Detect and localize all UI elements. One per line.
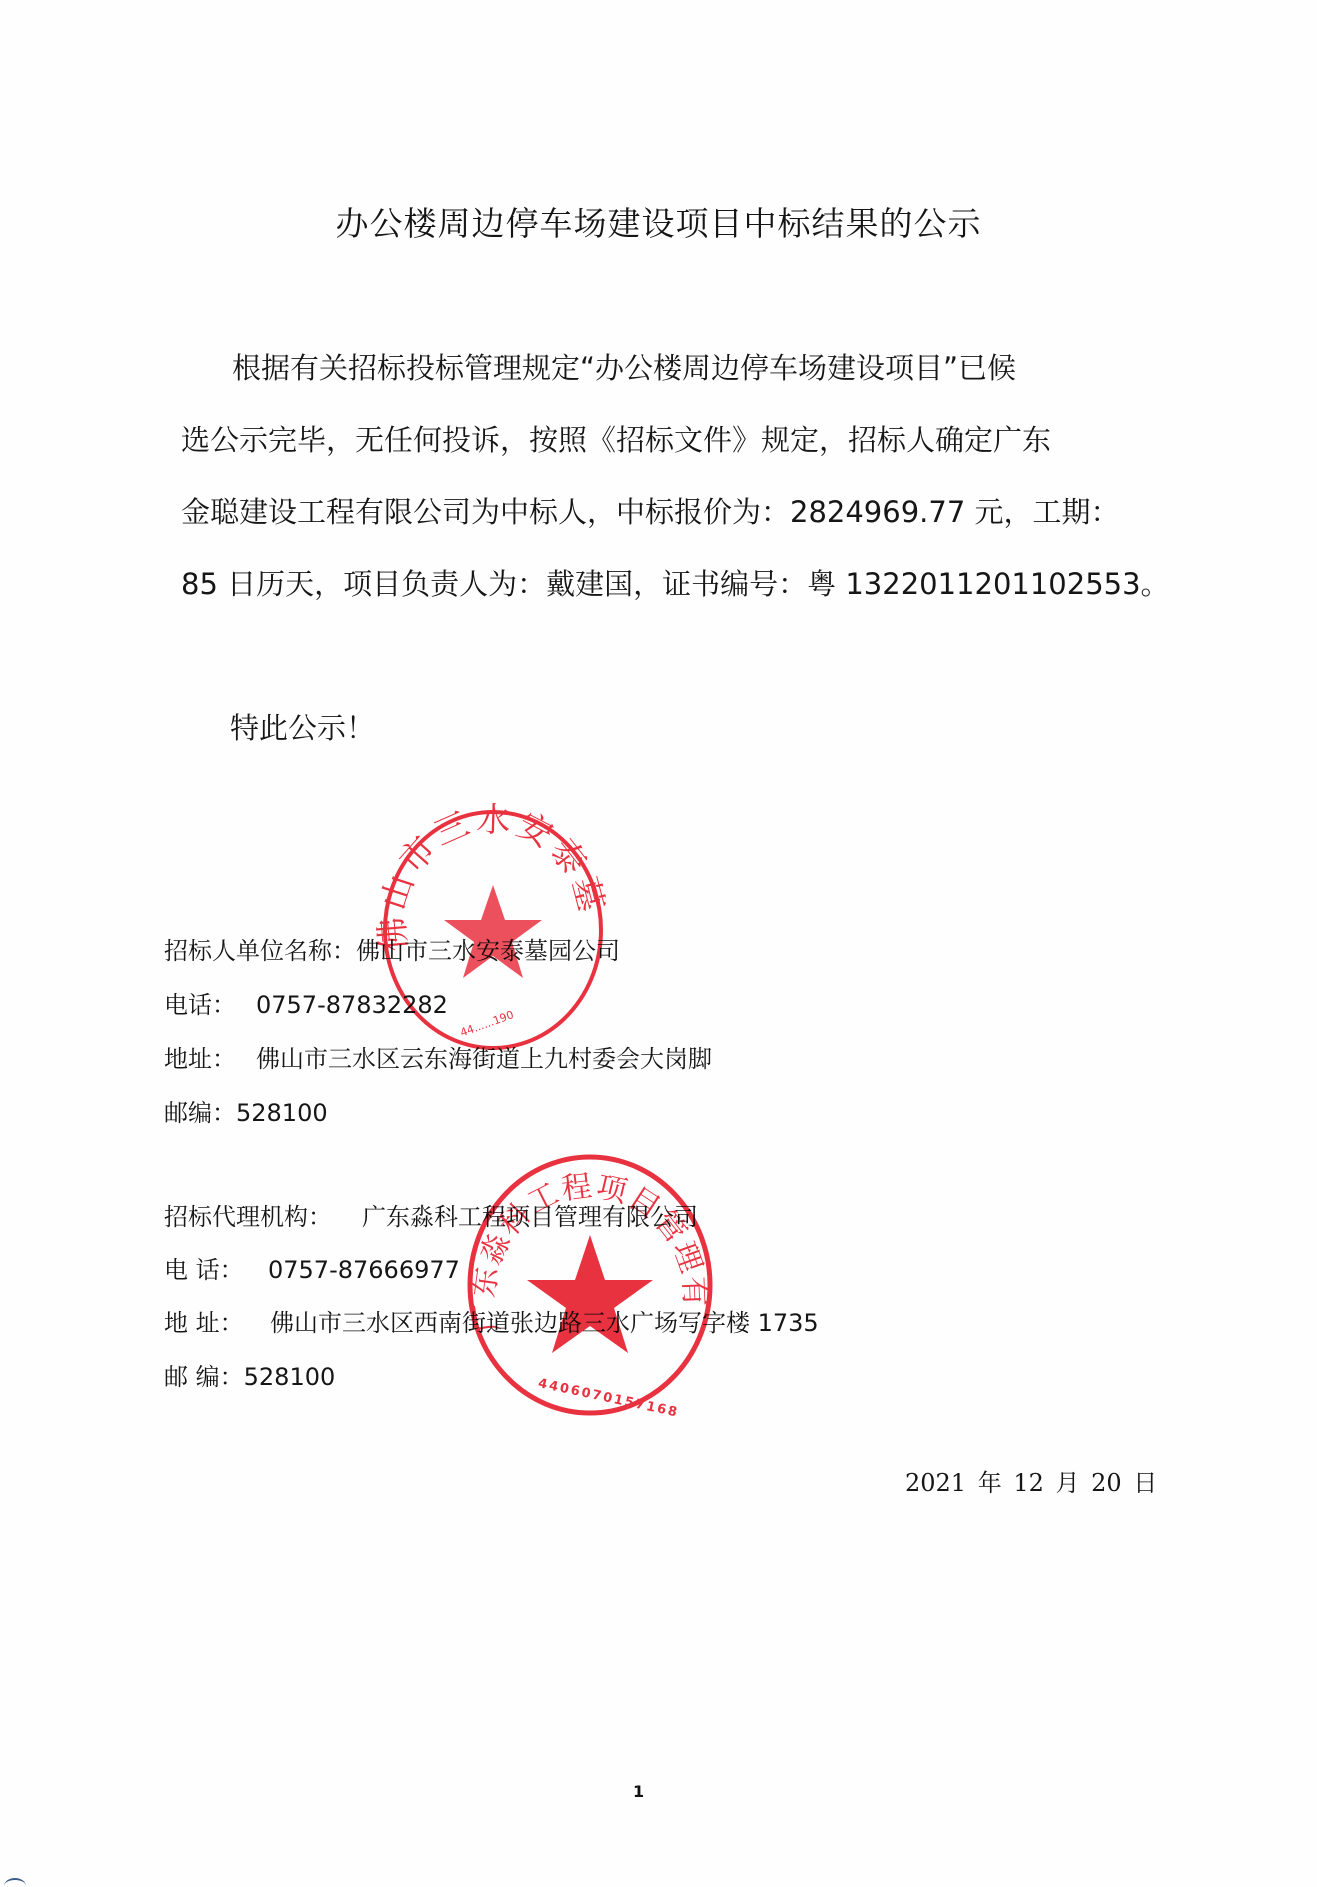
tenderer-phone: 0757-87832282 [256,991,448,1019]
tenderer-postcode-row: 邮编：528100 [164,1093,328,1128]
tenderer-postcode-label: 邮编： [164,1093,236,1128]
document-page: 办公楼周边停车场建设项目中标结果的公示 根据有关招标投标管理规定“办公楼周边停车… [0,0,1317,1887]
agency-seal-code: 4406070157168 [537,1376,681,1420]
page-number: 1 [633,1782,644,1801]
agency-name-row: 招标代理机构：广东淼科工程项目管理有限公司 [164,1197,698,1232]
tenderer-seal-code: 44......190 [458,1008,515,1039]
tenderer-phone-row: 电话：0757-87832282 [164,985,448,1020]
agency-name-label: 招标代理机构： [164,1197,362,1232]
body-line-3: 金聪建设工程有限公司为中标人，中标报价为：2824969.77 元，工期： [181,490,1141,531]
agency-phone-row: 电 话：0757-87666977 [164,1250,460,1285]
tenderer-phone-label: 电话： [164,985,256,1020]
agency-name: 广东淼科工程项目管理有限公司 [362,1197,698,1232]
agency-postcode-row: 邮 编：528100 [164,1357,335,1392]
tenderer-address-label: 地址： [164,1039,256,1074]
agency-address: 佛山市三水区西南街道张边路三水广场写字楼 1735 [270,1303,819,1338]
tenderer-name: 佛山市三水安泰墓园公司 [356,931,620,966]
document-date: 2021 年 12 月 20 日 [905,1463,1157,1498]
document-title: 办公楼周边停车场建设项目中标结果的公示 [0,198,1317,245]
body-line-2: 选公示完毕，无任何投诉，按照《招标文件》规定，招标人确定广东 [181,418,1141,459]
agency-address-label: 地 址： [164,1303,270,1338]
agency-postcode-label: 邮 编： [164,1357,244,1392]
tenderer-name-label: 招标人单位名称： [164,931,356,966]
agency-phone-label: 电 话： [164,1250,268,1285]
tenderer-seal-text: 佛山市三水安泰墓园公司 [368,800,612,953]
tenderer-address-row: 地址：佛山市三水区云东海街道上九村委会大岗脚 [164,1039,712,1074]
body-line-4: 85 日历天，项目负责人为：戴建国，证书编号：粤 132201120110255… [181,562,1141,603]
agency-postcode: 528100 [244,1363,336,1391]
body-line-1: 根据有关招标投标管理规定“办公楼周边停车场建设项目”已候 [232,346,1144,387]
agency-address-row: 地 址：佛山市三水区西南街道张边路三水广场写字楼 1735 [164,1303,819,1338]
agency-seal-icon: 广东淼科工程项目管理有限公司 4406070157168 [455,1140,725,1420]
closing-statement: 特此公示！ [230,706,375,747]
svg-text:佛山市三水安泰墓园公司: 佛山市三水安泰墓园公司 [368,800,612,953]
tenderer-seal-icon: 佛山市三水安泰墓园公司 44......190 [368,800,618,1060]
tenderer-postcode: 528100 [236,1099,328,1127]
tenderer-name-row: 招标人单位名称：佛山市三水安泰墓园公司 [164,931,620,966]
scan-corner-mark [4,1878,26,1887]
tenderer-address: 佛山市三水区云东海街道上九村委会大岗脚 [256,1039,712,1074]
agency-phone: 0757-87666977 [268,1256,460,1284]
